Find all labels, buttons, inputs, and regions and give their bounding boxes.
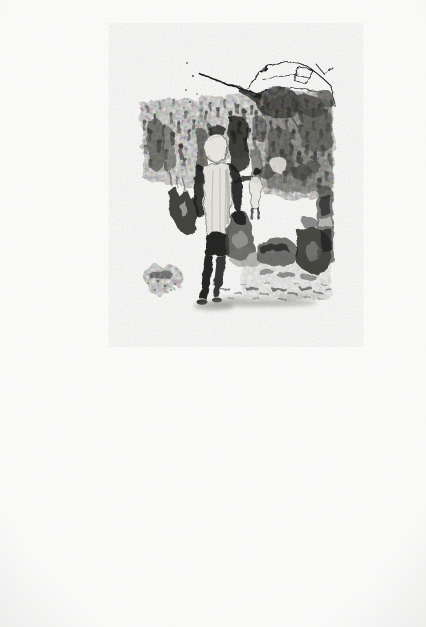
photograph-of-print [0, 0, 426, 627]
artwork-drawing [0, 0, 426, 627]
vignette-overlay [0, 0, 426, 627]
